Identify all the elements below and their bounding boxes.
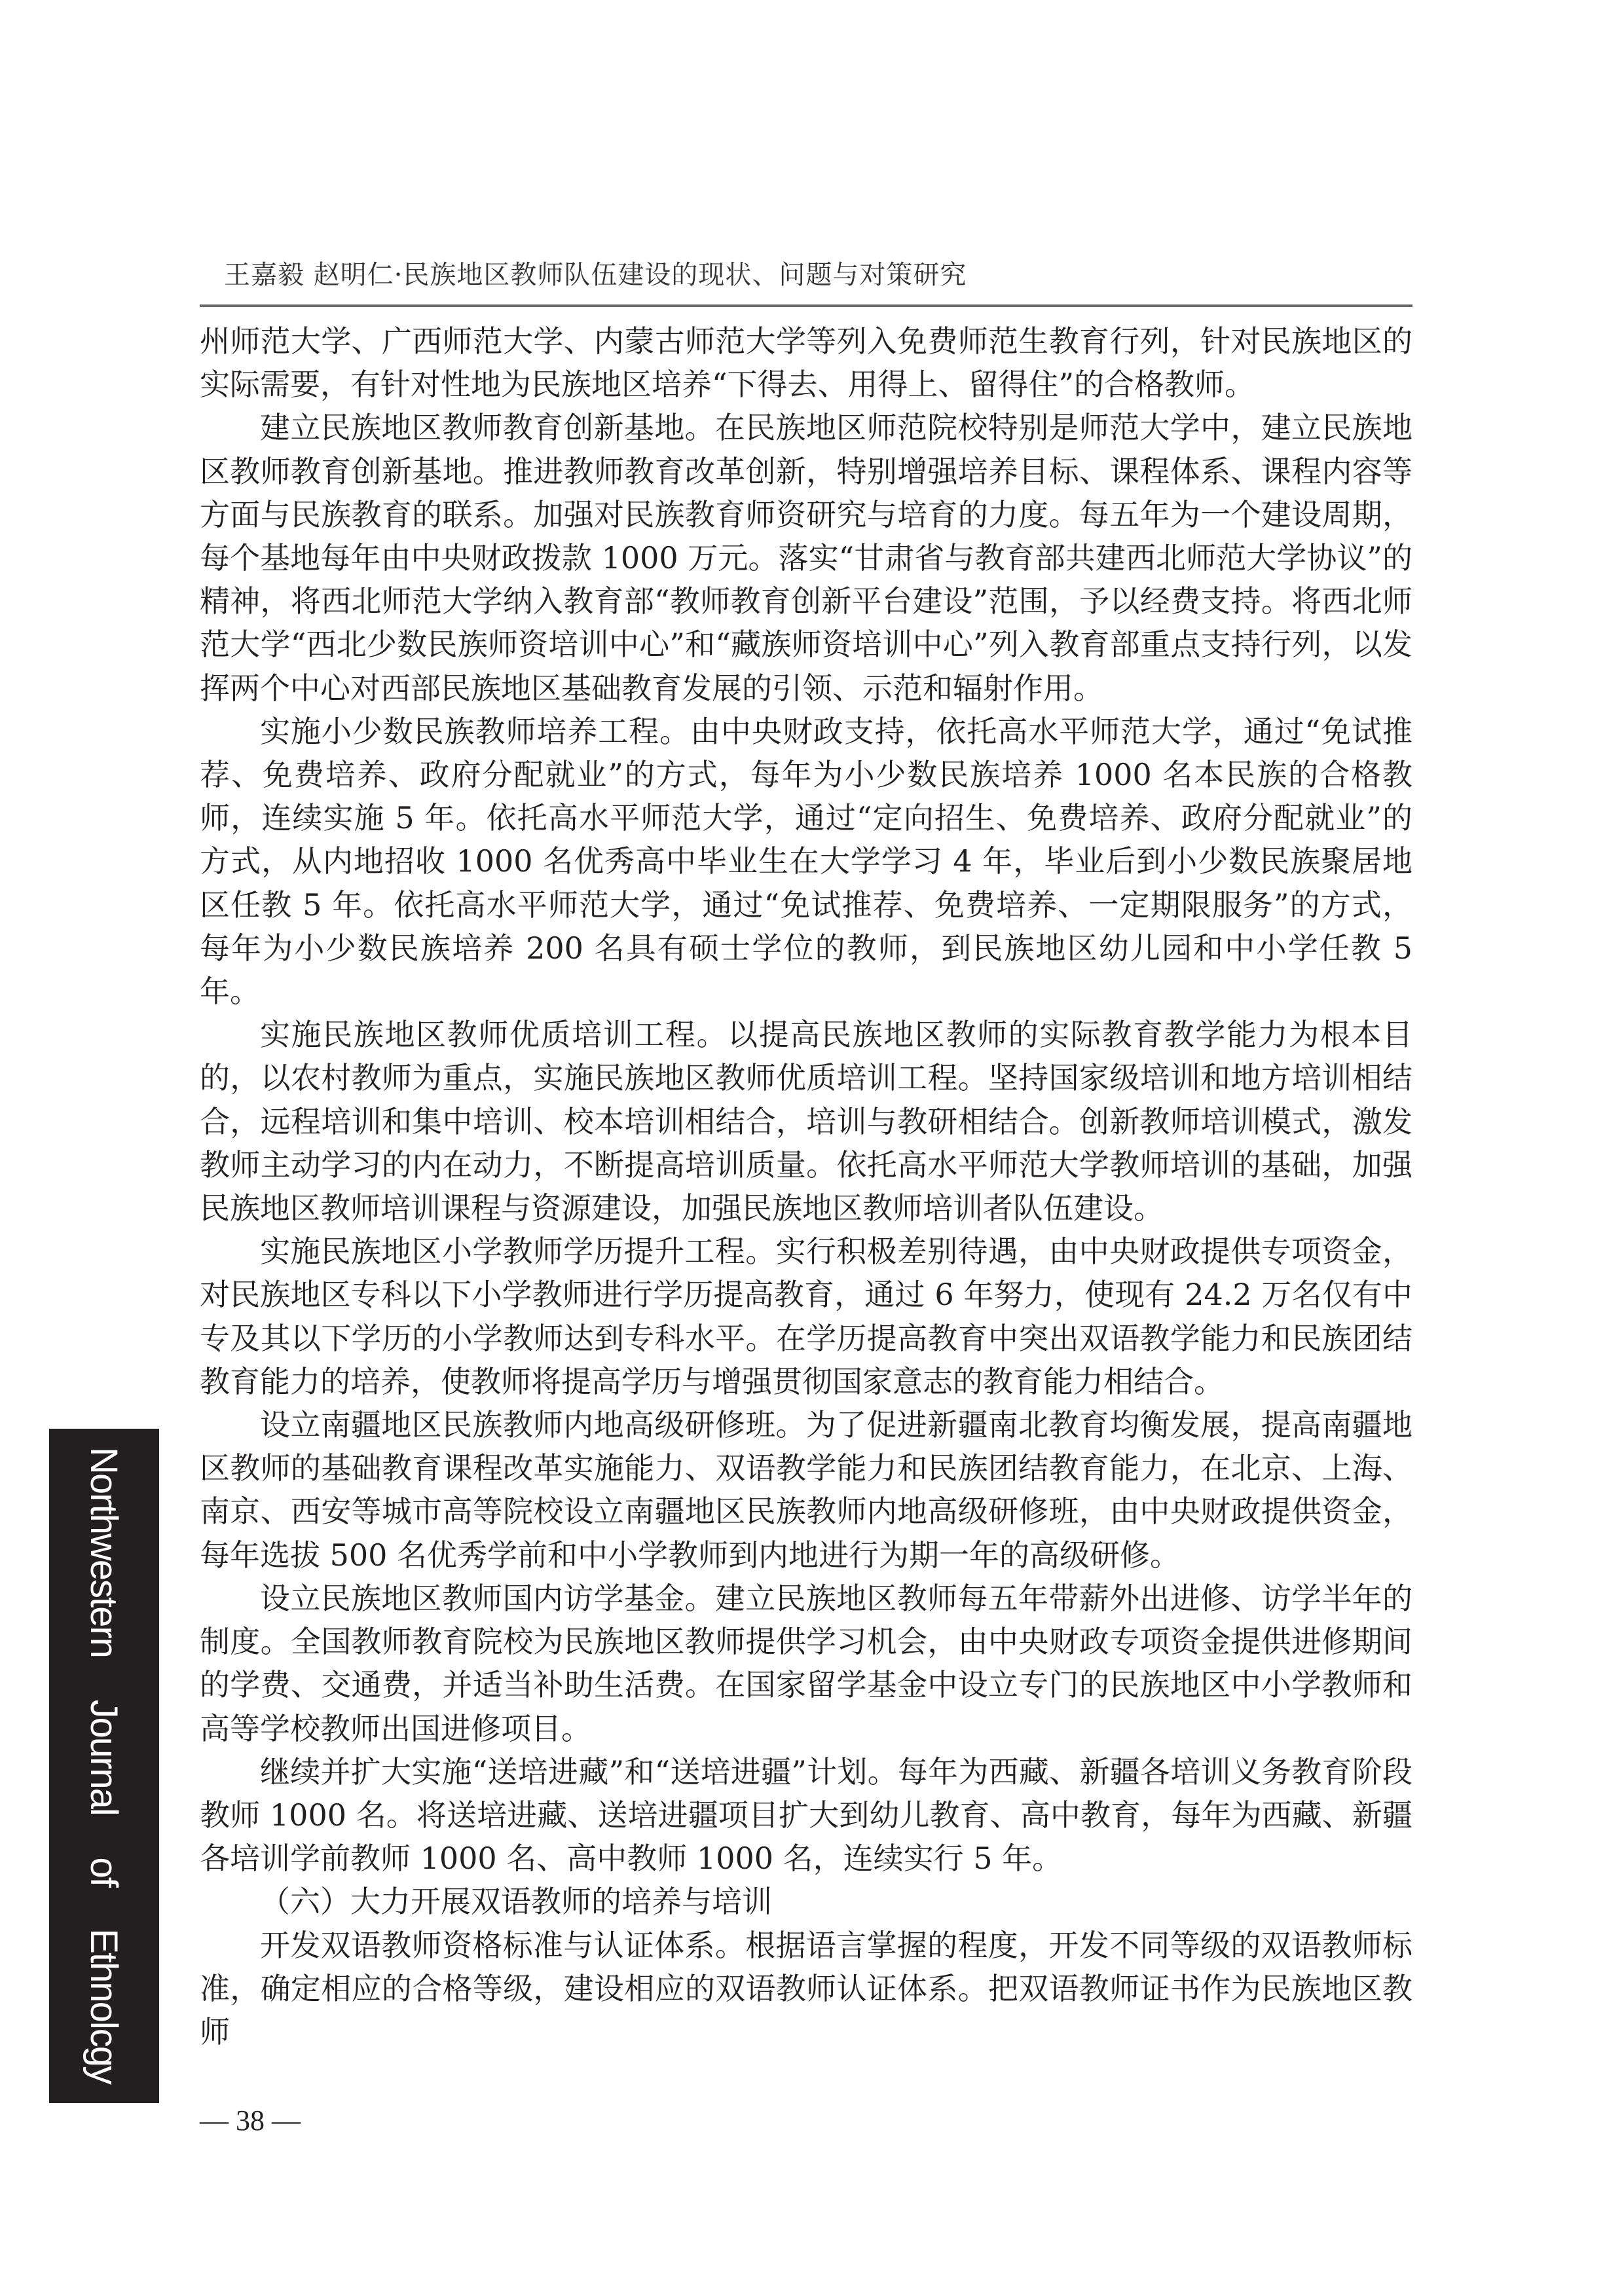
section-heading: （六）大力开展双语教师的培养与培训 [200, 1880, 1412, 1923]
journal-word: of [83, 1857, 126, 1886]
page-number: — 38 — [200, 2104, 301, 2137]
header-rule [200, 304, 1412, 307]
paragraph: 设立南疆地区民族教师内地高级研修班。为了促进新疆南北教育均衡发展，提高南疆地区教… [200, 1403, 1412, 1577]
journal-word: Ethnolcgy [83, 1928, 126, 2084]
running-head: 王嘉毅 赵明仁·民族地区教师队伍建设的现状、问题与对策研究 [224, 257, 967, 293]
journal-word: Journal [83, 1700, 126, 1815]
journal-name-vertical: Northwestern Journal of Ethnolcgy [49, 1429, 159, 2103]
paragraph: 实施民族地区教师优质培训工程。以提高民族地区教师的实际教育教学能力为根本目的，以… [200, 1013, 1412, 1230]
journal-side-band: Northwestern Journal of Ethnolcgy [49, 1429, 159, 2103]
paragraph: 建立民族地区教师教育创新基地。在民族地区师范院校特别是师范大学中，建立民族地区教… [200, 406, 1412, 709]
paragraph: 实施小少数民族教师培养工程。由中央财政支持，依托高水平师范大学，通过“免试推荐、… [200, 710, 1412, 1013]
paragraph: 实施民族地区小学教师学历提升工程。实行积极差别待遇，由中央财政提供专项资金，对民… [200, 1230, 1412, 1403]
paragraph: 继续并扩大实施“送培进藏”和“送培进疆”计划。每年为西藏、新疆各培训义务教育阶段… [200, 1750, 1412, 1881]
paragraph: 设立民族地区教师国内访学基金。建立民族地区教师每五年带薪外出进修、访学半年的制度… [200, 1577, 1412, 1750]
journal-word: Northwestern [83, 1447, 126, 1657]
paragraph: 州师范大学、广西师范大学、内蒙古师范大学等列入免费师范生教育行列，针对民族地区的… [200, 320, 1412, 406]
paragraph: 开发双语教师资格标准与认证体系。根据语言掌握的程度，开发不同等级的双语教师标准，… [200, 1924, 1412, 2054]
article-body: 州师范大学、广西师范大学、内蒙古师范大学等列入免费师范生教育行列，针对民族地区的… [200, 320, 1412, 2053]
